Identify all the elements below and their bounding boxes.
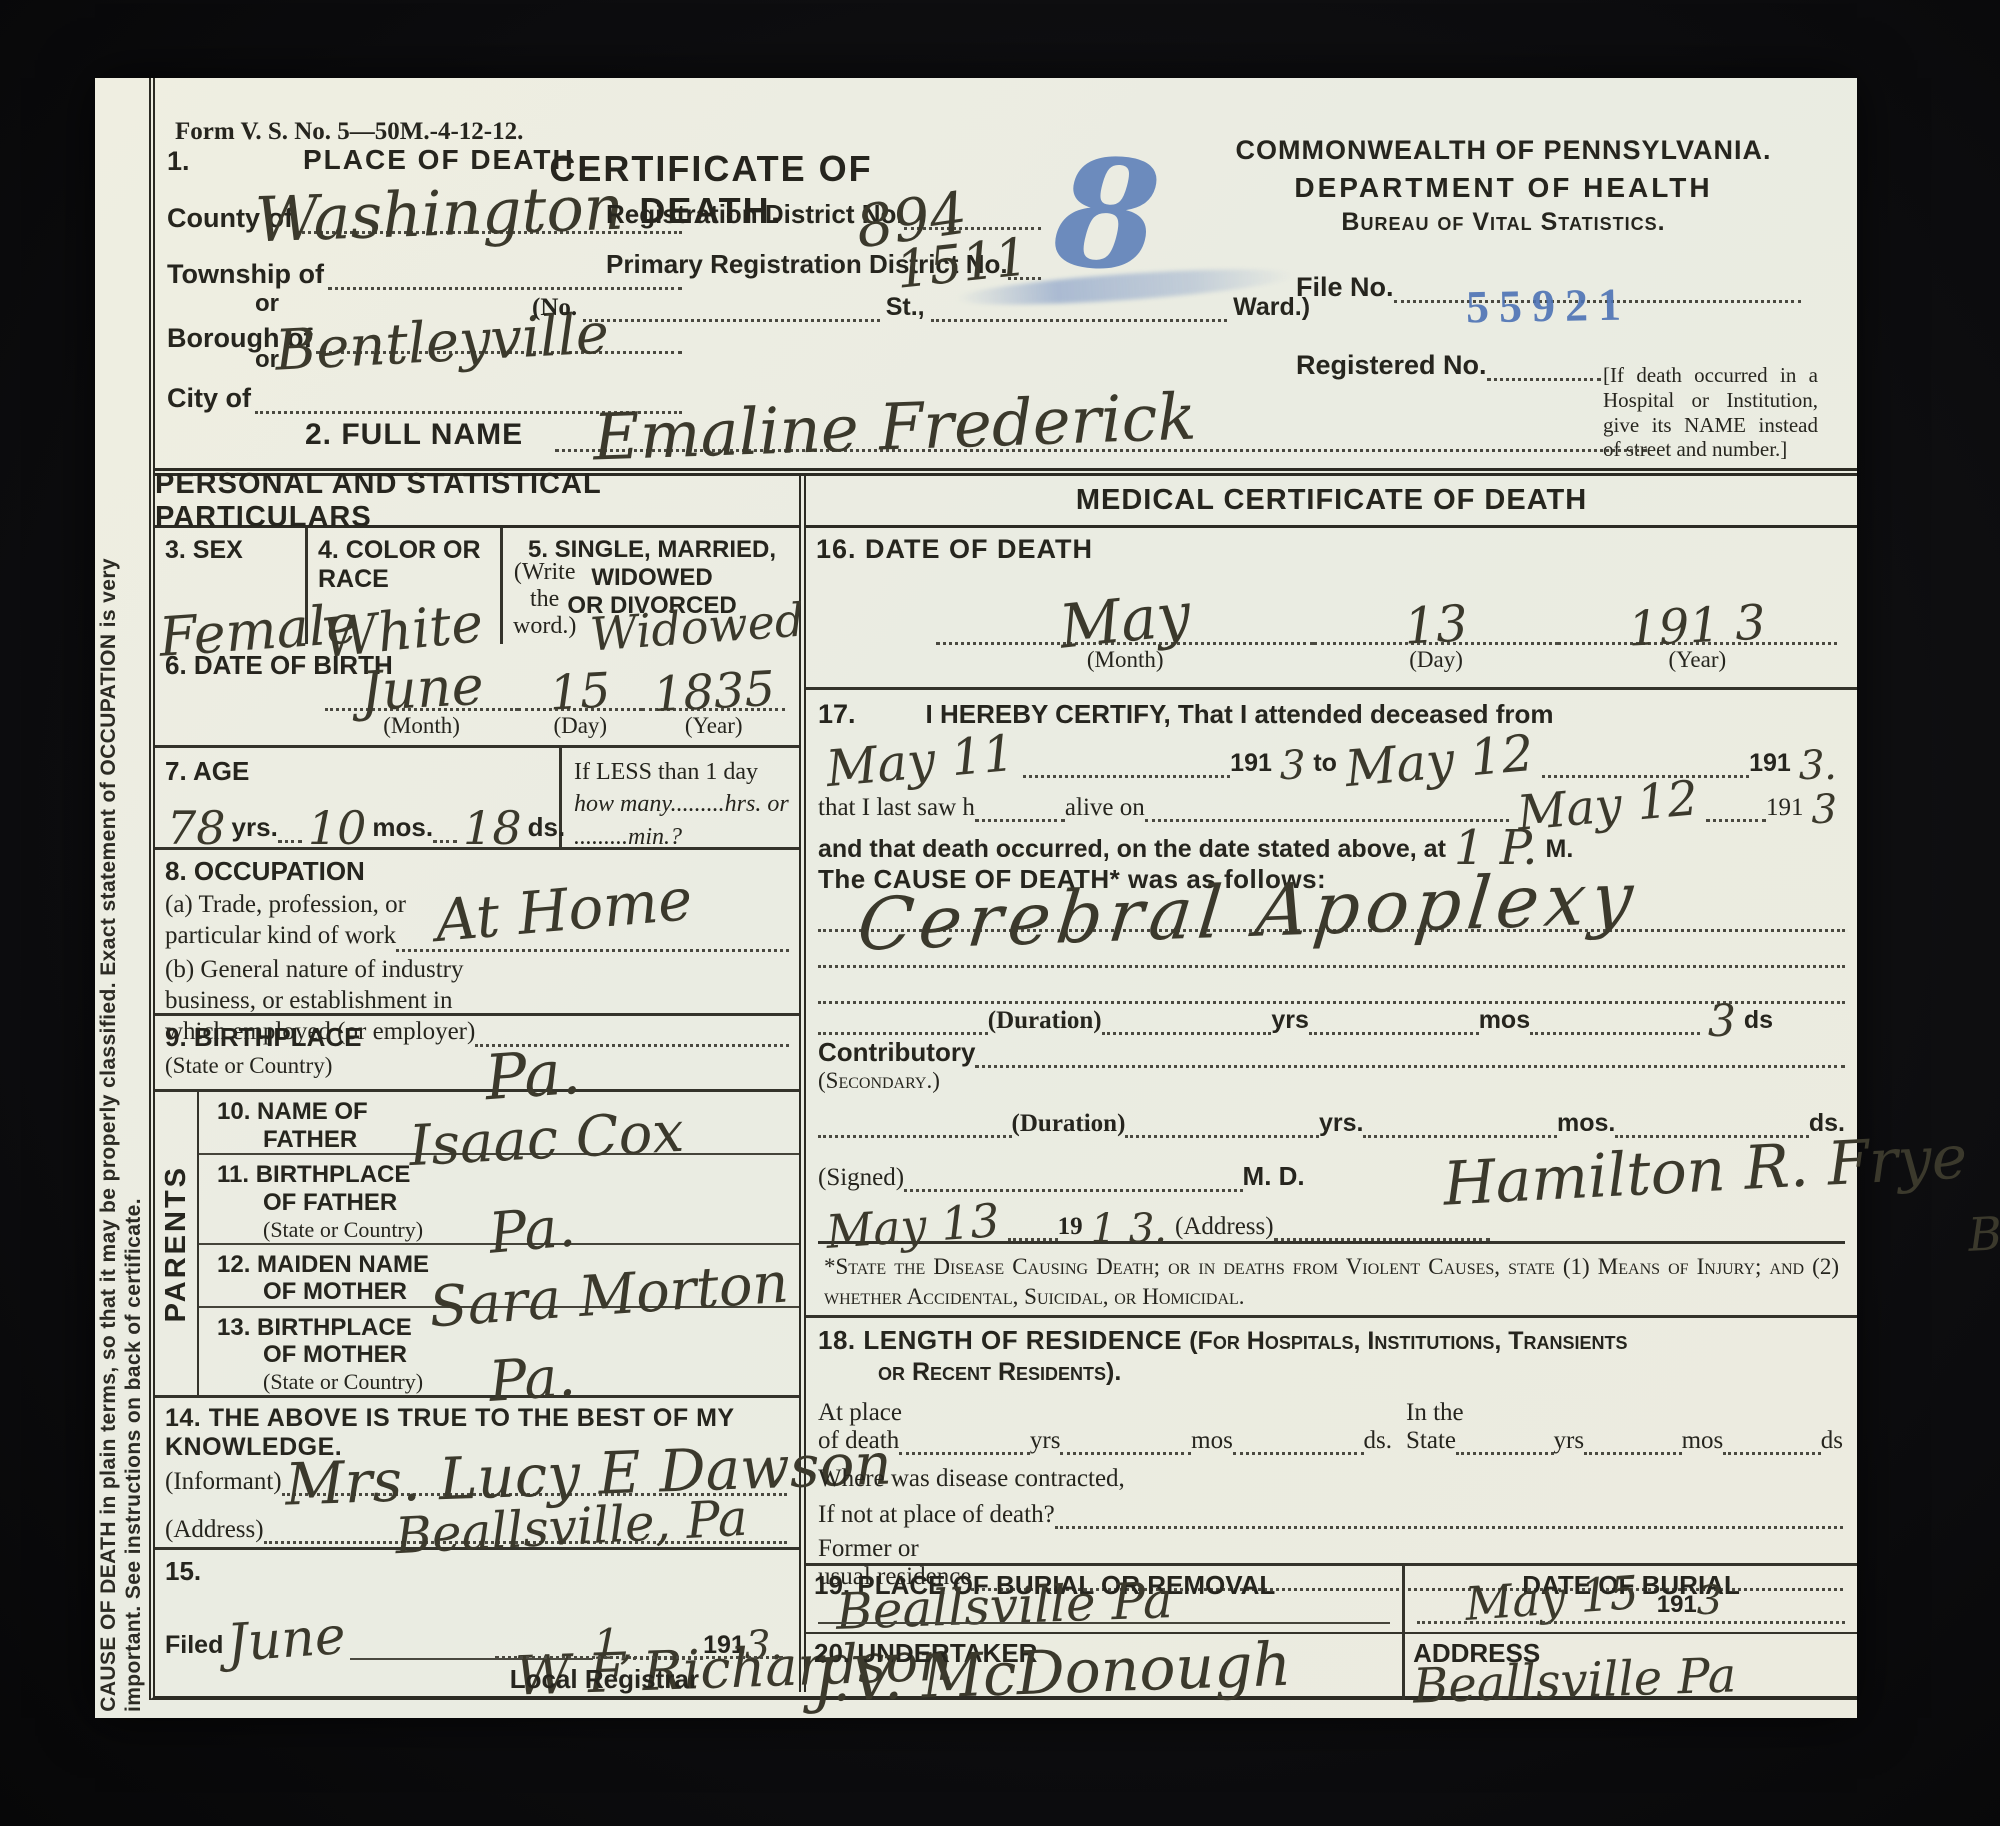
residence-label: 18. LENGTH OF RESIDENCE: [818, 1325, 1182, 1355]
occurred-label: and that death occurred, on the date sta…: [818, 835, 1446, 864]
registered-no-label: Registered No.: [1296, 350, 1487, 381]
dotted-leader: [433, 840, 457, 843]
age-section: 7. AGE 78 yrs. 10 mos. 18 ds.: [155, 748, 799, 850]
race-label: 4. COLOR OR RACE: [318, 536, 492, 594]
dotted-leader: [1417, 1621, 1845, 1624]
signed-date-address-row: May 13 19 1 3. (Address) Beallsville, Pa…: [818, 1192, 1845, 1241]
death-occurred-row: and that death occurred, on the date sta…: [818, 822, 1845, 864]
filed-label: Filed: [165, 1631, 223, 1660]
signed-label: (Signed): [818, 1164, 904, 1192]
edge-note-line1: CAUSE OF DEATH in plain terms, so that i…: [97, 558, 121, 1712]
dod-year-handwritten: 191 3: [1628, 601, 1768, 651]
registered-no-row: Registered No.: [1296, 343, 1601, 381]
burial-place-handwritten: Beallsville Pa: [835, 1578, 1173, 1635]
certify-statement: I HEREBY CERTIFY, That I attended deceas…: [926, 699, 1554, 730]
bureau-line: Bureau of Vital Statistics.: [1191, 208, 1816, 237]
signed-address-label: (Address): [1175, 1213, 1274, 1241]
duration2-row: (Duration) yrs. mos. ds.: [818, 1094, 1845, 1138]
dob-year-line: 1835: [642, 653, 785, 711]
dob-day-line: 15: [518, 653, 642, 711]
dotted-leader: [1456, 1452, 1554, 1455]
dod-month-cell: May (Month): [936, 581, 1314, 673]
certify-section: 17. I HEREBY CERTIFY, That I attended de…: [806, 690, 1857, 1318]
date-of-death-section: 16. DATE OF DEATH May (Month) 13 (Day) 1…: [806, 528, 1857, 690]
dod-year-printed: 191: [1627, 597, 1721, 658]
to-label: to: [1313, 749, 1337, 778]
res-ds2-unit: ds: [1821, 1427, 1843, 1455]
dotted-leader: [583, 282, 880, 322]
age-days-unit: ds.: [528, 812, 566, 843]
dotted-leader: [818, 1094, 1012, 1138]
dotted-leader: [1487, 343, 1601, 381]
undertaker-cell: 20. UNDERTAKER J.V. McDonough: [806, 1634, 1405, 1700]
dod-entry-line: May (Month) 13 (Day) 191 3 (Year): [936, 581, 1837, 673]
edge-note-line2: important. See instructions on back of c…: [122, 1198, 146, 1712]
certify-heading-row: 17. I HEREBY CERTIFY, That I attended de…: [818, 694, 1845, 730]
lastsaw-year-printed: 191: [1766, 794, 1804, 822]
residence-duration-row: At place of death yrs mos ds.: [818, 1399, 1843, 1455]
department-line: DEPARTMENT OF HEALTH: [1191, 172, 1816, 204]
dotted-leader: [278, 840, 302, 843]
parents-group: PARENTS 10. NAME OF FATHER Isaac Cox 11.…: [155, 1092, 799, 1398]
res-yrs2-unit: yrs: [1554, 1427, 1585, 1455]
certificate-left-edge: CAUSE OF DEATH in plain terms, so that i…: [95, 78, 149, 1718]
blue-pencil-mark: 8: [1050, 145, 1164, 287]
sex-race-marital-row: 3. SEX Female 4. COLOR OR RACE White 5. …: [155, 528, 799, 644]
dotted-leader: [975, 1035, 1845, 1068]
burial-date-entry: May 15 191 3: [1465, 1578, 1722, 1619]
last-saw-row: that I last saw h alive on May 12 191 3: [818, 778, 1845, 822]
md-label: M. D.: [1243, 1161, 1305, 1192]
duration-ds-unit: ds: [1744, 1006, 1773, 1035]
occupation-a-line2: particular kind of work: [165, 920, 396, 951]
certify-number: 17.: [818, 699, 856, 730]
dotted-leader: [1023, 730, 1230, 777]
dotted-leader: [904, 1138, 1242, 1192]
birthplace-section: 9. BIRTHPLACE (State or Country) Pa.: [155, 1016, 799, 1092]
dob-month-handwritten: June: [359, 662, 485, 717]
dotted-leader: [1008, 1192, 1058, 1241]
informant-row: (Informant) Mrs. Lucy E Dawson: [165, 1456, 787, 1496]
item1-number: 1.: [167, 146, 190, 177]
res-mos2-unit: mos: [1682, 1427, 1724, 1455]
file-no-stamp: 55921: [1466, 278, 1632, 334]
medical-column-header: MEDICAL CERTIFICATE OF DEATH: [806, 476, 1857, 528]
age-left-cell: 7. AGE 78 yrs. 10 mos. 18 ds.: [155, 748, 559, 847]
dotted-leader: [495, 1656, 783, 1659]
duration2-mos-unit: mos.: [1557, 1109, 1615, 1138]
duration-yrs-unit: yrs: [1271, 1006, 1309, 1035]
informant-address-row: (Address) Beallsville, Pa: [165, 1510, 787, 1544]
lastsaw-post-label: alive on: [1065, 794, 1145, 822]
former-label1: Former or: [818, 1535, 1843, 1563]
dotted-leader: [1145, 778, 1509, 822]
signed-row: (Signed) M. D. Hamilton R. Frye: [818, 1138, 1845, 1192]
form-columns: PERSONAL AND STATISTICAL PARTICULARS 3. …: [155, 476, 1857, 1692]
contributory-label: Contributory: [818, 1037, 975, 1068]
dob-year-cell: 1835 (Year): [642, 653, 785, 739]
informant-label: (Informant): [165, 1468, 282, 1496]
form-number: Form V. S. No. 5—50M.-4-12-12.: [175, 118, 523, 146]
burial-date-digit: 3: [1697, 1583, 1722, 1619]
parents-label-text: PARENTS: [160, 1165, 193, 1322]
marital-hint: (Write the word.): [513, 559, 576, 640]
full-name-label: 2. FULL NAME: [305, 418, 523, 452]
dotted-leader: [1102, 993, 1272, 1035]
dotted-leader: [1060, 1452, 1191, 1455]
residence-section: 18. LENGTH OF RESIDENCE (For Hospitals, …: [806, 1318, 1857, 1566]
dod-year-cell: 191 3 (Year): [1558, 581, 1837, 673]
dotted-leader: [1542, 730, 1749, 777]
dob-day-handwritten: 15: [549, 669, 612, 715]
age-note-line1: If LESS than 1 day: [574, 756, 791, 788]
age-months-unit: mos.: [372, 812, 433, 843]
dotted-line: [818, 965, 1845, 968]
certificate-paper: CAUSE OF DEATH in plain terms, so that i…: [95, 78, 1857, 1718]
dod-month-handwritten: May: [1057, 587, 1193, 654]
file-no-label: File No.: [1296, 272, 1394, 303]
in-the-label1: In the: [1392, 1399, 1843, 1427]
residence-heading: 18. LENGTH OF RESIDENCE (For Hospitals, …: [818, 1324, 1843, 1389]
township-label: Township of: [167, 259, 328, 290]
signed-date-handwritten: May 13: [825, 1200, 1001, 1253]
dotted-leader: [975, 778, 1065, 822]
dotted-leader: [1125, 1094, 1319, 1138]
marital-cell: 5. SINGLE, MARRIED, WIDOWED OR DIVORCED …: [500, 528, 799, 644]
dob-day-cell: 15 (Day): [518, 653, 642, 739]
dod-year-digit: 3: [1734, 594, 1767, 652]
registration-district-row: Registration District No. 894: [606, 186, 1041, 230]
undertaker-row: 20. UNDERTAKER J.V. McDonough ADDRESS Be…: [806, 1634, 1857, 1700]
dotted-leader: [1530, 993, 1700, 1035]
burial-date-handwritten: May 15: [1464, 1572, 1640, 1625]
contributory-row: Contributory: [818, 1035, 1845, 1068]
in-state-cell: In the State yrs mos ds: [1392, 1399, 1843, 1455]
father-bp-label1: 11. BIRTHPLACE: [217, 1161, 799, 1189]
burial-row: 19. PLACE OF BURIAL OR REMOVAL Beallsvil…: [806, 1566, 1857, 1634]
age-note-line2: how many.........hrs. or: [574, 788, 791, 820]
commonwealth-line: COMMONWEALTH OF PENNSYLVANIA.: [1191, 135, 1816, 166]
occupation-section: 8. OCCUPATION (a) Trade, profession, or …: [155, 850, 799, 1016]
birthplace-sublabel: (State or Country): [165, 1053, 789, 1079]
dod-day-handwritten: 13: [1403, 601, 1469, 649]
dob-entry-line: June (Month) 15 (Day) 1835 (Year): [325, 653, 785, 739]
cause-value-handwritten: Cerebral Apoplexy: [855, 865, 1642, 957]
residence-sublabel-1: (For Hospitals, Institutions, Transients: [1189, 1327, 1627, 1355]
marital-entry-line: (Write the word.) Widowed: [513, 559, 789, 640]
dod-label: 16. DATE OF DEATH: [816, 534, 1847, 565]
dotted-leader: [1584, 1452, 1682, 1455]
dob-year-handwritten: 1835: [652, 668, 776, 718]
res-mos-unit: mos: [1191, 1427, 1233, 1455]
father-name-row: 10. NAME OF FATHER Isaac Cox: [199, 1092, 799, 1155]
from-year-printed: 191: [1230, 749, 1272, 778]
to-year-printed: 191: [1749, 749, 1791, 778]
dotted-leader: [818, 993, 988, 1035]
parents-vertical-label: PARENTS: [155, 1092, 199, 1395]
mother-birthplace-row: 13. BIRTHPLACE OF MOTHER (State or Count…: [199, 1308, 799, 1395]
undertaker-address-handwritten: Beallsville Pa: [1412, 1654, 1737, 1708]
full-name-row: 2. FULL NAME Emaline Frederick: [155, 390, 1857, 462]
dob-month-cell: June (Month): [325, 653, 518, 739]
dotted-leader: [1055, 1526, 1843, 1529]
secondary-label: (Secondary.): [818, 1068, 940, 1094]
signed-date-printed: 19: [1058, 1213, 1083, 1241]
mother-bp-label1: 13. BIRTHPLACE: [217, 1314, 799, 1342]
dod-day-cell: 13 (Day): [1314, 581, 1557, 673]
occupation-b-line2: business, or establishment in: [165, 985, 789, 1016]
at-place-cell: At place of death yrs mos ds.: [818, 1399, 1392, 1455]
informant-section: 14. THE ABOVE IS TRUE TO THE BEST OF MY …: [155, 1398, 799, 1550]
sex-label: 3. SEX: [165, 536, 297, 565]
dob-month-line: June: [325, 653, 518, 711]
cause-footnote: *State the Disease Causing Death; or in …: [818, 1241, 1845, 1315]
st-label: St.,: [880, 293, 931, 322]
dotted-leader: [899, 1452, 1030, 1455]
if-not-row: If not at place of death?: [818, 1501, 1843, 1529]
age-entry-line: 78 yrs. 10 mos. 18 ds.: [161, 802, 551, 843]
lastsaw-pre-label: that I last saw h: [818, 794, 975, 822]
mother-name-row: 12. MAIDEN NAME OF MOTHER Sara Morton: [199, 1245, 799, 1308]
occupation-b-line1: (b) General nature of industry: [165, 954, 789, 985]
res-ds-unit: ds.: [1364, 1427, 1392, 1455]
occupation-label: 8. OCCUPATION: [165, 856, 789, 887]
dotted-leader: [1274, 1192, 1490, 1241]
age-days-handwritten: 18: [463, 808, 522, 849]
if-not-label: If not at place of death?: [818, 1501, 1055, 1529]
duration-row: (Duration) yrs mos 3 ds 64: [818, 993, 1845, 1035]
filed-month-handwritten: June: [226, 1613, 348, 1668]
dotted-leader: [1233, 1452, 1364, 1455]
race-cell: 4. COLOR OR RACE White: [305, 528, 500, 644]
age-label: 7. AGE: [165, 756, 559, 787]
medical-header-text: MEDICAL CERTIFICATE OF DEATH: [1076, 484, 1587, 517]
full-name-value-handwritten: Emaline Frederick: [592, 390, 1197, 469]
age-years-handwritten: 78: [167, 808, 226, 849]
burial-place-cell: 19. PLACE OF BURIAL OR REMOVAL Beallsvil…: [806, 1566, 1405, 1632]
res-yrs-unit: yrs: [1030, 1427, 1061, 1455]
dod-year-line: 191 3: [1558, 581, 1837, 645]
duration-mos-unit: mos: [1479, 1006, 1530, 1035]
in-state-line: State yrs mos ds: [1392, 1427, 1843, 1455]
at-place-line: of death yrs mos ds.: [818, 1427, 1392, 1455]
in-the-label2: State: [1392, 1427, 1456, 1455]
solid-line: [818, 1622, 1390, 1624]
at-place-label1: At place: [818, 1399, 1392, 1427]
residence-sublabel-2: or Recent Residents).: [818, 1357, 1843, 1388]
date-of-birth-section: 6. DATE OF BIRTH June (Month) 15 (Day) 1…: [155, 644, 799, 748]
dod-month-line: May: [936, 581, 1314, 645]
where-contracted-label: Where was disease contracted,: [818, 1465, 1843, 1493]
filed-section: 15. Filed June 1, 191 3. W F Richardson …: [155, 1550, 799, 1700]
burial-date-cell: DATE OF BURIAL May 15 191 3: [1405, 1566, 1857, 1632]
signed-date-digits-handwritten: 1 3.: [1091, 1211, 1167, 1247]
at-place-label2: of death: [818, 1427, 899, 1455]
cause-entry-zone: Cerebral Apoplexy: [818, 895, 1845, 994]
local-registrar-label: Local Registrar: [510, 1664, 699, 1695]
undertaker-address-cell: ADDRESS Beallsville Pa: [1405, 1634, 1857, 1700]
dotted-leader: [1309, 993, 1479, 1035]
age-months-handwritten: 10: [308, 808, 367, 849]
dotted-leader: [1706, 778, 1766, 822]
father-birthplace-row: 11. BIRTHPLACE OF FATHER (State or Count…: [199, 1155, 799, 1244]
informant-address-label: (Address): [165, 1516, 264, 1544]
birthplace-label: 9. BIRTHPLACE: [165, 1022, 789, 1053]
dod-day-line: 13: [1314, 581, 1557, 645]
form-header: Form V. S. No. 5—50M.-4-12-12. 1. PLACE …: [155, 78, 1857, 476]
undertaker-signature-handwritten: J.V. McDonough: [811, 1638, 1292, 1709]
duration-label: (Duration): [988, 1007, 1102, 1035]
parents-rows: 10. NAME OF FATHER Isaac Cox 11. BIRTHPL…: [199, 1092, 799, 1395]
physician-address-handwritten: Beallsville, Pa.: [1967, 1197, 2000, 1256]
personal-column-header: PERSONAL AND STATISTICAL PARTICULARS: [155, 476, 799, 528]
burial-date-printed: 191: [1657, 1591, 1697, 1619]
age-note-line3: .........min.?: [574, 821, 791, 853]
duration2-yrs-unit: yrs.: [1319, 1109, 1363, 1138]
filed-number: 15.: [165, 1556, 789, 1587]
file-no-row: File No. 55921: [1296, 265, 1801, 303]
secondary-row: (Secondary.): [818, 1068, 1845, 1094]
no-label: (No.: [526, 294, 583, 322]
personal-header-text: PERSONAL AND STATISTICAL PARTICULARS: [155, 468, 799, 534]
primary-registration-row: Primary Registration District No. 1511: [606, 236, 1041, 280]
agency-block: COMMONWEALTH OF PENNSYLVANIA. DEPARTMENT…: [1191, 135, 1816, 237]
medical-column: MEDICAL CERTIFICATE OF DEATH 16. DATE OF…: [806, 476, 1857, 1692]
duration2-label: (Duration): [1012, 1110, 1126, 1138]
dotted-leader: [1363, 1094, 1557, 1138]
dotted-leader: [1723, 1452, 1821, 1455]
scan-background: CAUSE OF DEATH in plain terms, so that i…: [0, 0, 2000, 1826]
sex-cell: 3. SEX Female: [155, 528, 305, 644]
age-note-cell: If LESS than 1 day how many.........hrs.…: [559, 748, 799, 847]
personal-column: PERSONAL AND STATISTICAL PARTICULARS 3. …: [155, 476, 806, 1692]
age-years-unit: yrs.: [232, 812, 278, 843]
certificate-form: Form V. S. No. 5—50M.-4-12-12. 1. PLACE …: [149, 78, 1857, 1700]
burial-undertaker-grid: 19. PLACE OF BURIAL OR REMOVAL Beallsvil…: [806, 1566, 1857, 1700]
